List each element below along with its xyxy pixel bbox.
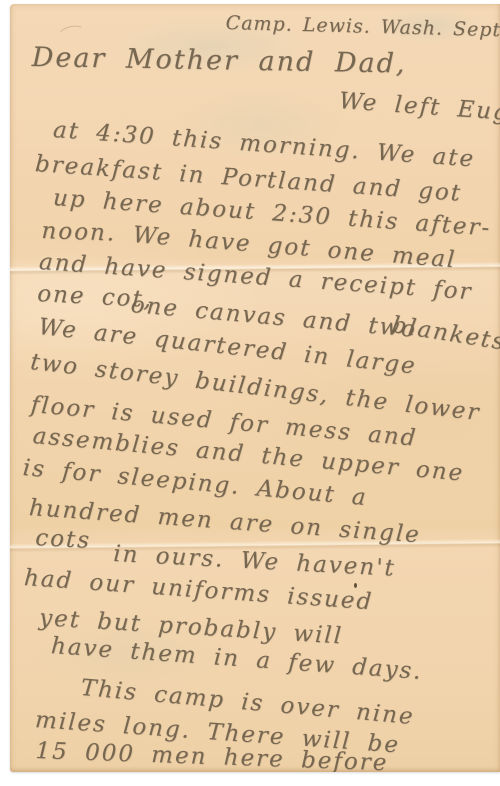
letter-scan: Camp. Lewis. Wash. Sept. 6, 1 Dear Mothe… [0,0,500,786]
letter-line: noon. [41,218,117,247]
letter-line: blankets. [390,312,500,357]
letter-line: cots [35,525,92,554]
letter-line: We left Eugene [338,88,500,129]
letter-paper: Camp. Lewis. Wash. Sept. 6, 1 Dear Mothe… [10,4,500,772]
letter-salutation: Dear Mother and Dad, [31,42,406,80]
letter-dateline: Camp. Lewis. Wash. Sept. 6, 1 [225,12,500,43]
pencil-smudge-mark [57,23,88,44]
